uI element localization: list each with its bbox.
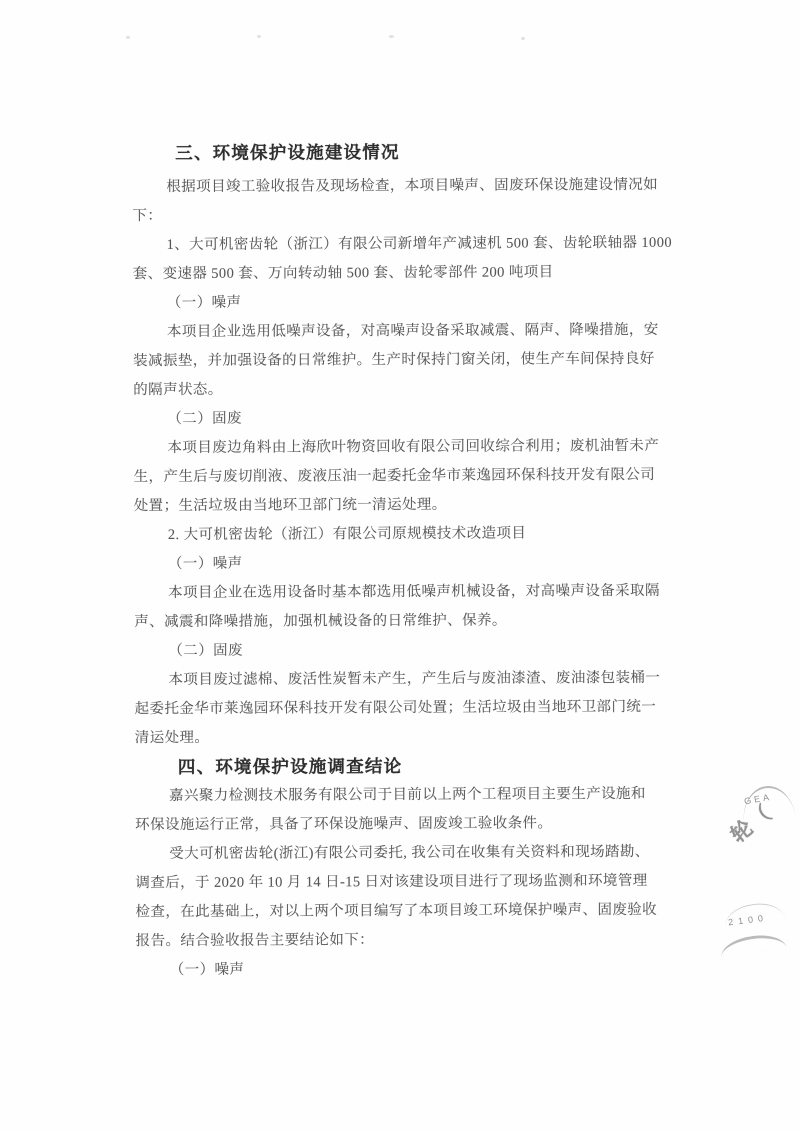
- doc-line: 2. 大可机密齿轮（浙江）有限公司原规模技术改造项目: [134, 519, 674, 550]
- doc-line: 的隔声状态。: [133, 374, 673, 405]
- section-heading-3: 三、环境保护设施建设情况: [132, 137, 672, 168]
- doc-line: 清运处理。: [135, 722, 675, 753]
- seal-fragment-lower: 2100: [716, 898, 800, 956]
- subheading-solidwaste-2: （二）固废: [134, 635, 674, 666]
- doc-line: 套、变速器 500 套、万向转动轴 500 套、齿轮零部件 200 吨项目: [133, 258, 673, 289]
- doc-line: 受大可机密齿轮(浙江)有限公司委托, 我公司在收集有关资料和现场踏勘、: [135, 838, 675, 869]
- scan-speck: [389, 35, 394, 38]
- doc-line: 本项目废边角料由上海欣叶物资回收有限公司回收综合利用；废机油暂未产: [133, 432, 673, 463]
- subheading-noise-2: （一）噪声: [134, 548, 674, 579]
- seal-fragment-upper: GEA 轮（: [724, 776, 800, 856]
- doc-line: 下：: [132, 200, 672, 231]
- subheading-noise-1: （一）噪声: [133, 287, 673, 318]
- doc-line: 嘉兴聚力检测技术服务有限公司于目前以上两个工程项目主要生产设施和: [135, 780, 675, 811]
- subheading-solidwaste-1: （二）固废: [133, 403, 673, 434]
- doc-line: 1、大可机密齿轮（浙江）有限公司新增年产减速机 500 套、齿轮联轴器 1000: [133, 229, 673, 260]
- doc-line: 调查后，于 2020 年 10 月 14 日-15 日对该建设项目进行了现场监测…: [135, 867, 675, 898]
- scanned-page: 三、环境保护设施建设情况 根据项目竣工验收报告及现场检查，本项目噪声、固废环保设…: [0, 0, 800, 1131]
- document-text: 三、环境保护设施建设情况 根据项目竣工验收报告及现场检查，本项目噪声、固废环保设…: [132, 137, 676, 985]
- scan-speck: [521, 37, 525, 40]
- doc-line: 报告。结合验收报告主要结论如下：: [136, 925, 676, 956]
- doc-line: 本项目废过滤棉、废活性炭暂未产生，产生后与废油漆渣、废油漆包装桶一: [134, 664, 674, 695]
- section-heading-4: 四、环境保护设施调查结论: [135, 751, 675, 782]
- doc-line: 本项目企业在选用设备时基本都选用低噪声机械设备，对高噪声设备采取隔: [134, 577, 674, 608]
- doc-line: 处置；生活垃圾由当地环卫部门统一清运处理。: [134, 490, 674, 521]
- doc-line: 环保设施运行正常，具备了环保设施噪声、固废竣工验收条件。: [135, 809, 675, 840]
- doc-line: 根据项目竣工验收报告及现场检查，本项目噪声、固废环保设施建设情况如: [132, 171, 672, 202]
- subheading-noise-conclusion: （一）噪声: [136, 954, 676, 985]
- doc-line: 起委托金华市莱逸园环保科技开发有限公司处置；生活垃圾由当地环卫部门统一: [135, 693, 675, 724]
- doc-line: 本项目企业选用低噪声设备，对高噪声设备采取减震、隔声、降噪措施，安: [133, 316, 673, 347]
- scan-speck: [126, 36, 130, 39]
- seal-arc-icon: [719, 931, 787, 956]
- doc-line: 生，产生后与废切削液、废液压油一起委托金华市莱逸园环保科技开发有限公司: [134, 461, 674, 492]
- doc-line: 检查，在此基础上，对以上两个项目编写了本项目竣工环境保护噪声、固废验收: [135, 896, 675, 927]
- doc-line: 声、减震和降噪措施，加强机械设备的日常维护、保养。: [134, 606, 674, 637]
- doc-line: 装减振垫，并加强设备的日常维护。生产时保持门窗关闭，使生产车间保持良好: [133, 345, 673, 376]
- scan-speck: [257, 35, 261, 38]
